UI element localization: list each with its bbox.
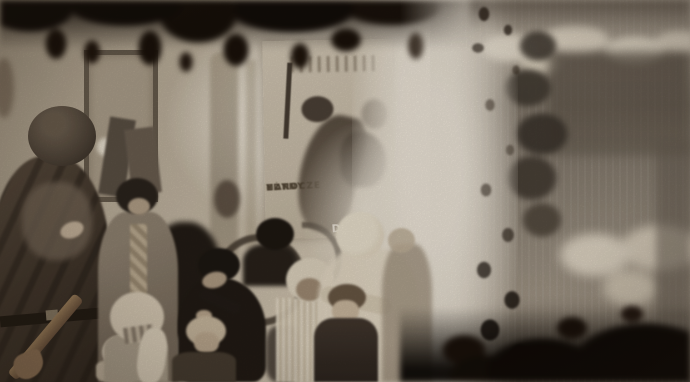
bright-woman-head (336, 212, 384, 258)
scorched-bottom-right-corner (400, 272, 690, 382)
poster-text-line: YŻYNY (266, 181, 305, 196)
boy-coat (314, 318, 378, 382)
capped-boy-head (256, 218, 294, 250)
soldier-backpack (22, 182, 92, 260)
wall-hole (214, 180, 240, 218)
blond-child-body (172, 352, 236, 382)
standing-child-head (388, 228, 415, 253)
dark-top-right-corner (470, 0, 690, 40)
photo-montage: NARD EDNOCZE YŻYNY DO (0, 0, 690, 382)
soldier-helmet (28, 106, 96, 166)
blond-child-face (194, 332, 219, 353)
scorched-top-edge (0, 0, 500, 96)
woman-face (128, 198, 150, 215)
